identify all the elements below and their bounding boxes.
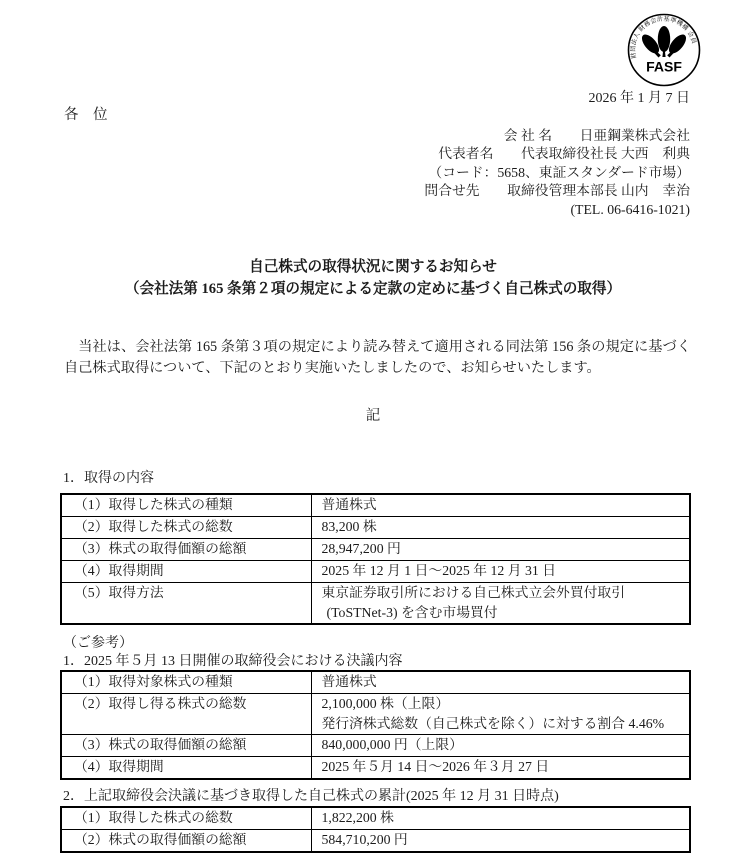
row-label-cell: （2）株式の取得価額の総額 <box>61 830 311 853</box>
row-value-cell: 2025 年５月 14 日～2026 年３月 27 日 <box>311 757 690 780</box>
table-row: （1）取得した株式の総数 1,822,200 株 <box>61 807 690 830</box>
fasf-acronym: FASF <box>646 59 682 75</box>
row-label-cell: （4）取得期間 <box>61 561 311 583</box>
title-line-1: 自己株式の取得状況に関するお知らせ <box>0 257 746 279</box>
row-value-cell: 2,100,000 株（上限） 発行済株式総数（自己株式を除く）に対する割合 4… <box>311 694 690 735</box>
table-row: （4）取得期間 2025 年 12 月 1 日～2025 年 12 月 31 日 <box>61 561 690 583</box>
company-info-block: 会 社 名 日亜鋼業株式会社 代表者名 代表取締役社長 大西 利典 （コード：5… <box>424 127 690 219</box>
table-row: （1）取得対象株式の種類 普通株式 <box>61 671 690 694</box>
document-date: 2026 年 1 月 7 日 <box>589 87 691 107</box>
body-paragraph: 当社は、会社法第 165 条第３項の規定により読み替えて適用される同法第 156… <box>64 337 691 378</box>
row-label-cell: （1）取得した株式の種類 <box>61 494 311 517</box>
row-value-cell: 584,710,200 円 <box>311 830 690 853</box>
section-heading-resolution: 1．2025 年５月 13 日開催の取締役会における決議内容 <box>63 654 403 670</box>
row-value-line-1: 東京証券取引所における自己株式立会外買付取引 <box>322 583 682 603</box>
page: 財団法人 財務会計基準機構 会員 FASF 2026 年 1 月 7 日 各 位… <box>0 0 746 868</box>
row-value-cell: 普通株式 <box>311 494 690 517</box>
notice-marker: 記 <box>0 404 746 425</box>
row-value-cell: 1,822,200 株 <box>311 807 690 830</box>
row-value-cell: 28,947,200 円 <box>311 539 690 561</box>
table-row: （3）株式の取得価額の総額 840,000,000 円（上限） <box>61 735 690 757</box>
contact-line: 問合せ先 取締役管理本部長 山内 幸治 <box>424 182 690 200</box>
row-label-cell: （1）取得対象株式の種類 <box>61 671 311 694</box>
resolution-table: （1）取得対象株式の種類 普通株式 （2）取得し得る株式の総数 2,100,00… <box>60 670 691 780</box>
row-label-cell: （3）株式の取得価額の総額 <box>61 539 311 561</box>
table-row: （5）取得方法 東京証券取引所における自己株式立会外買付取引 (ToSTNet-… <box>61 583 690 625</box>
salutation: 各 位 <box>64 103 108 124</box>
row-value-line-2: 発行済株式総数（自己株式を除く）に対する割合 4.46% <box>322 714 682 734</box>
table-row: （3）株式の取得価額の総額 28,947,200 円 <box>61 539 690 561</box>
row-value-cell: 普通株式 <box>311 671 690 694</box>
table-row: （2）取得し得る株式の総数 2,100,000 株（上限） 発行済株式総数（自己… <box>61 694 690 735</box>
acquisition-table: （1）取得した株式の種類 普通株式 （2）取得した株式の総数 83,200 株 … <box>60 493 691 625</box>
row-label-cell: （2）取得した株式の総数 <box>61 517 311 539</box>
row-label-cell: （3）株式の取得価額の総額 <box>61 735 311 757</box>
row-value-line-2: (ToSTNet-3) を含む市場買付 <box>322 603 682 623</box>
fasf-leaves-icon <box>639 26 689 58</box>
fasf-logo-icon: 財団法人 財務会計基準機構 会員 FASF <box>626 12 702 88</box>
row-value-cell: 2025 年 12 月 1 日～2025 年 12 月 31 日 <box>311 561 690 583</box>
fasf-logo: 財団法人 財務会計基準機構 会員 FASF <box>626 12 702 88</box>
row-value-cell: 東京証券取引所における自己株式立会外買付取引 (ToSTNet-3) を含む市場… <box>311 583 690 625</box>
company-name-line: 会 社 名 日亜鋼業株式会社 <box>424 127 690 145</box>
table-row: （1）取得した株式の種類 普通株式 <box>61 494 690 517</box>
section-heading-cumulative: 2．上記取締役会決議に基づき取得した自己株式の累計(2025 年 12 月 31… <box>63 789 559 805</box>
row-value-line-1: 2,100,000 株（上限） <box>322 694 682 714</box>
row-label-cell: （2）取得し得る株式の総数 <box>61 694 311 735</box>
table-row: （2）株式の取得価額の総額 584,710,200 円 <box>61 830 690 853</box>
row-value-cell: 840,000,000 円（上限） <box>311 735 690 757</box>
stock-code-line: （コード：5658、東証スタンダード市場） <box>424 164 690 182</box>
document-title: 自己株式の取得状況に関するお知らせ （会社法第 165 条第２項の規定による定款… <box>0 257 746 300</box>
row-value-cell: 83,200 株 <box>311 517 690 539</box>
title-line-2: （会社法第 165 条第２項の規定による定款の定めに基づく自己株式の取得） <box>0 279 746 301</box>
tel-line: (TEL. 06-6416-1021) <box>424 201 690 219</box>
section-heading-acquisition: 1．取得の内容 <box>63 471 154 487</box>
representative-line: 代表者名 代表取締役社長 大西 利典 <box>424 145 690 163</box>
row-label-cell: （4）取得期間 <box>61 757 311 780</box>
reference-label: （ご参考） <box>63 636 133 652</box>
table-row: （4）取得期間 2025 年５月 14 日～2026 年３月 27 日 <box>61 757 690 780</box>
row-label-cell: （1）取得した株式の総数 <box>61 807 311 830</box>
table-row: （2）取得した株式の総数 83,200 株 <box>61 517 690 539</box>
row-label-cell: （5）取得方法 <box>61 583 311 625</box>
cumulative-table: （1）取得した株式の総数 1,822,200 株 （2）株式の取得価額の総額 5… <box>60 806 691 853</box>
